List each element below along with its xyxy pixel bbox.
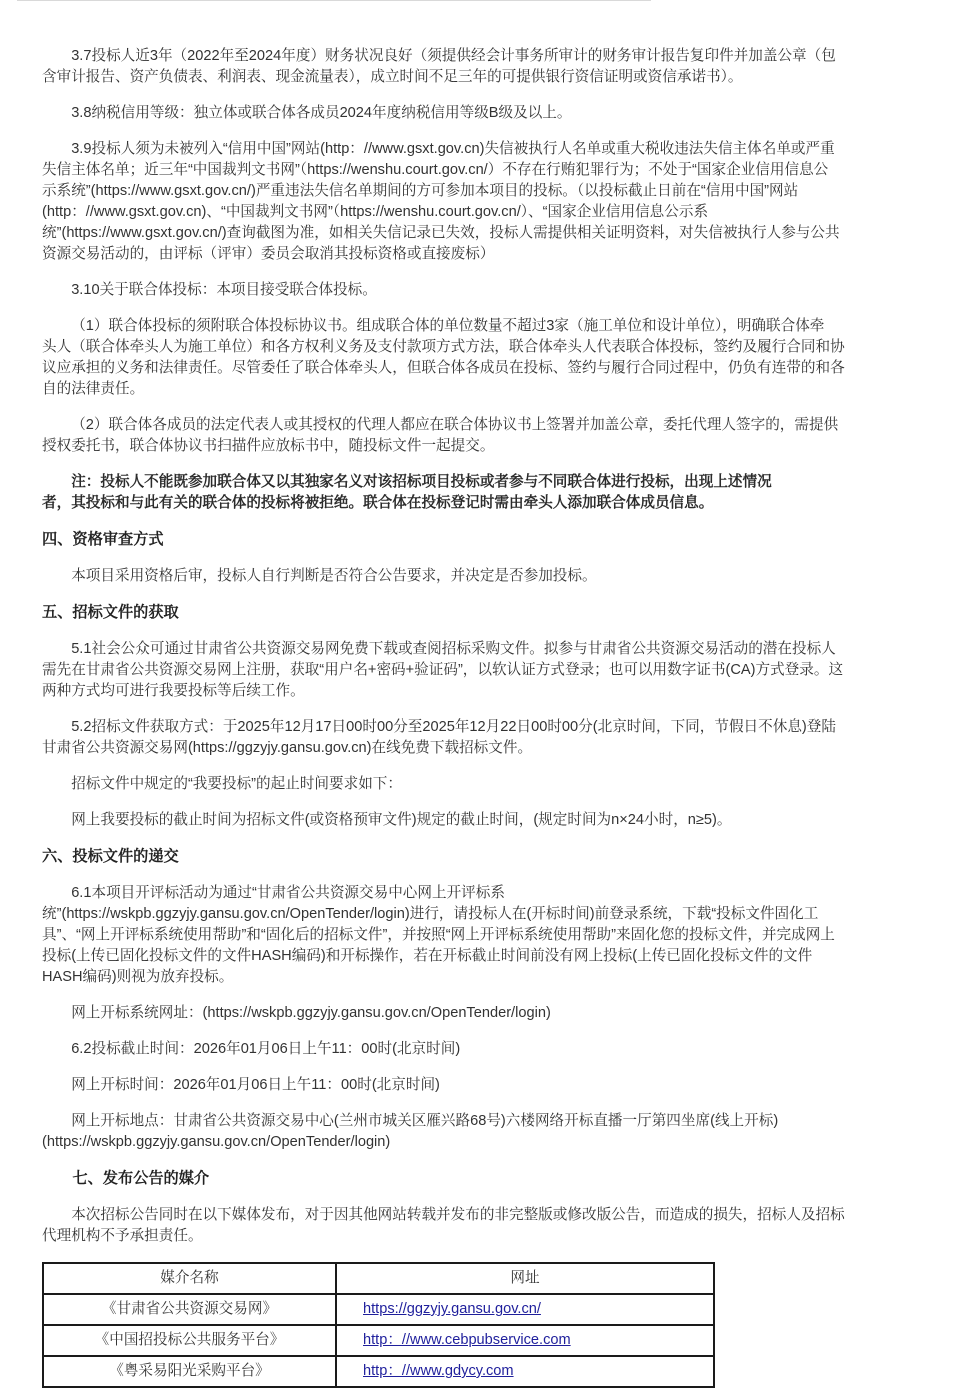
media-name-cell: 《甘肃省公共资源交易网》 [43, 1294, 336, 1325]
section-6-heading: 六、投标文件的递交 [42, 846, 922, 867]
section-7-body: 本次招标公告同时在以下媒体发布，对于因其他网站转载并发布的非完整版或修改版公告，… [42, 1205, 922, 1247]
media-name-header: 媒介名称 [43, 1263, 336, 1294]
jv-item-2: （2）联合体各成员的法定代表人或其授权的代理人都应在联合体协议书上签署并加盖公章… [42, 415, 922, 457]
open-place-line: 网上开标地点：甘肃省公共资源交易中心(兰州市城关区雁兴路68号)六楼网络开标直播… [42, 1111, 922, 1153]
media-table-row: 《粤采易阳光采购平台》 http：//www.gdycy.com [43, 1356, 714, 1387]
media-url-link[interactable]: http：//www.cebpubservice.com [363, 1332, 571, 1348]
media-url-link[interactable]: http：//www.gdycy.com [363, 1363, 514, 1379]
media-name-cell: 《中国招投标公共服务平台》 [43, 1325, 336, 1356]
media-url-header: 网址 [336, 1263, 714, 1294]
media-url-cell: http：//www.cebpubservice.com [336, 1325, 714, 1356]
section-5-heading: 五、招标文件的获取 [42, 602, 922, 623]
media-name-cell: 《粤采易阳光采购平台》 [43, 1356, 336, 1387]
media-table: 媒介名称 网址 《甘肃省公共资源交易网》 https://ggzyjy.gans… [42, 1262, 715, 1388]
jv-item-1: （1）联合体投标的须附联合体投标协议书。组成联合体的单位数量不超过3家（施工单位… [42, 316, 922, 400]
clause-6-1: 6.1本项目开评标活动为通过“甘肃省公共资源交易中心网上开评标系 统”(http… [42, 883, 922, 988]
tender-notice-document: 3.7投标人近3年（2022年至2024年度）财务状况良好（须提供经会计事务所审… [0, 0, 960, 1388]
clause-3-8: 3.8纳税信用等级：独立体或联合体各成员2024年度纳税信用等级B级及以上。 [42, 103, 922, 124]
jv-note: 注：投标人不能既参加联合体又以其独家名义对该招标项目投标或者参与不同联合体进行投… [42, 472, 922, 514]
media-table-header-row: 媒介名称 网址 [43, 1263, 714, 1294]
clause-5-1: 5.1社会公众可通过甘肃省公共资源交易网免费下载或查阅招标采购文件。拟参与甘肃省… [42, 639, 922, 702]
media-url-cell: http：//www.gdycy.com [336, 1356, 714, 1387]
open-system-url-line: 网上开标系统网址：(https://wskpb.ggzyjy.gansu.gov… [42, 1003, 922, 1024]
section-4-body: 本项目采用资格后审，投标人自行判断是否符合公告要求，并决定是否参加投标。 [42, 566, 922, 587]
page: { "colors": { "background": "#ffffff", "… [0, 0, 960, 1397]
clause-3-7: 3.7投标人近3年（2022年至2024年度）财务状况良好（须提供经会计事务所审… [42, 46, 922, 88]
page-top-artifact-line [17, 0, 651, 1]
open-time-line: 网上开标时间：2026年01月06日上午11：00时(北京时间) [42, 1075, 922, 1096]
media-url-link[interactable]: https://ggzyjy.gansu.gov.cn/ [363, 1301, 541, 1317]
media-url-cell: https://ggzyjy.gansu.gov.cn/ [336, 1294, 714, 1325]
clause-5-2: 5.2招标文件获取方式：于2025年12月17日00时00分至2025年12月2… [42, 717, 922, 759]
bid-window-note: 招标文件中规定的“我要投标”的起止时间要求如下： [42, 774, 922, 795]
clause-3-10: 3.10关于联合体投标：本项目接受联合体投标。 [42, 280, 922, 301]
media-table-row: 《甘肃省公共资源交易网》 https://ggzyjy.gansu.gov.cn… [43, 1294, 714, 1325]
clause-3-9: 3.9投标人须为未被列入“信用中国”网站(http：//www.gsxt.gov… [42, 139, 922, 265]
clause-6-2: 6.2投标截止时间：2026年01月06日上午11：00时(北京时间) [42, 1039, 922, 1060]
section-4-heading: 四、资格审查方式 [42, 529, 922, 550]
bid-deadline-note: 网上我要投标的截止时间为招标文件(或资格预审文件)规定的截止时间，(规定时间为n… [42, 810, 922, 831]
media-table-row: 《中国招投标公共服务平台》 http：//www.cebpubservice.c… [43, 1325, 714, 1356]
section-7-heading: 七、发布公告的媒介 [42, 1168, 922, 1189]
